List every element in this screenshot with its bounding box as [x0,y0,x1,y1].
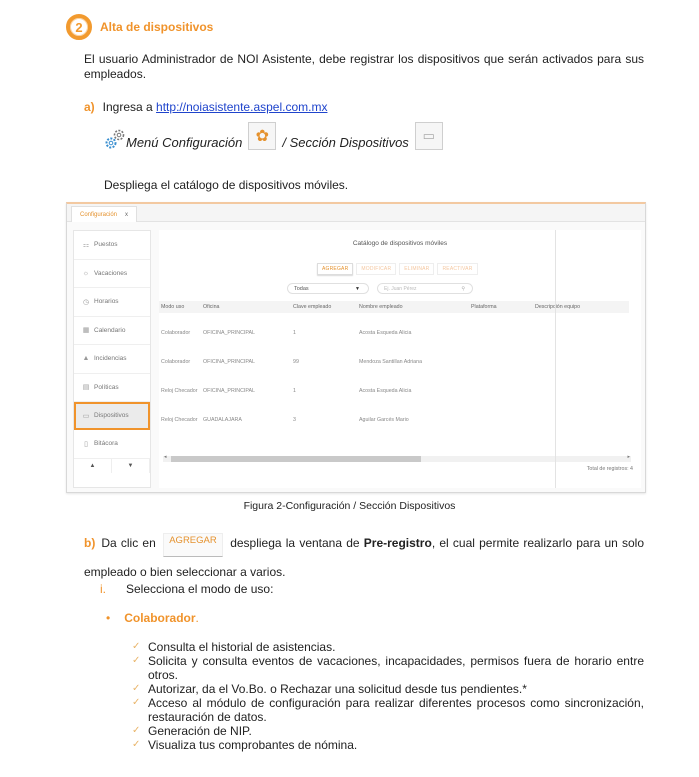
tab-bar: Configuración x [67,204,645,222]
reactivate-button[interactable]: REACTIVAR [437,263,477,275]
step-a-label: a) [84,100,95,114]
sidebar-item-incidencias[interactable]: ▲Incidencias [74,345,150,374]
cell-modo-uso: Colaborador [161,356,190,368]
step-i-label: i. [100,582,106,596]
cell-clave: 1 [293,385,296,397]
feature-text: Visualiza tus comprobantes de nómina. [148,738,357,752]
close-icon[interactable]: x [125,212,128,218]
org-chart-icon: ⚏ [82,241,90,249]
sidebar-item-label: Dispositivos [94,412,129,419]
horizontal-scrollbar[interactable]: ◂ ▸ [163,456,631,462]
scroll-down-icon[interactable]: ▼ [112,459,150,473]
mode-colaborador: •Colaborador. [106,611,199,626]
cell-modo-uso: Reloj Checador [161,414,198,426]
menu-config-label: Menú Configuración [126,135,242,150]
table-row[interactable]: Colaborador OFICINA_PRINCIPAL 99 Mendoza… [159,356,629,366]
cell-modo-uso: Colaborador [161,327,190,339]
cell-clave: 99 [293,356,299,368]
cell-oficina: OFICINA_PRINCIPAL [203,327,255,339]
cell-clave: 3 [293,414,296,426]
document-icon: ▤ [82,383,90,391]
mode-title: Colaborador [124,611,195,625]
mode-dot: . [196,611,199,625]
sidebar-item-dispositivos[interactable]: ▭Dispositivos [74,402,150,430]
agregar-button-image: AGREGAR [163,533,223,557]
check-icon: ✓ [132,696,140,710]
employee-search-input[interactable]: Ej. Juan Pérez ⚲ [377,283,473,294]
sidebar-item-label: Horarios [94,298,119,305]
sidebar-item-label: Calendario [94,327,125,334]
warning-icon: ▲ [82,355,90,362]
check-icon: ✓ [132,738,140,752]
step-b-text-after: despliega la ventana de [226,536,364,550]
catalog-title: Catálogo de dispositivos móviles [159,240,641,247]
devices-icon: ▭ [82,412,90,420]
scrollbar-thumb[interactable] [171,456,421,462]
sidebar-item-label: Políticas [94,384,119,391]
step-b-text: Da clic en [101,536,155,550]
sun-icon: ☼ [82,270,90,277]
search-placeholder: Ej. Juan Pérez [384,286,417,292]
table-row[interactable]: Colaborador OFICINA_PRINCIPAL 1 Acosta E… [159,327,629,337]
scroll-right-icon[interactable]: ▸ [627,454,630,460]
config-sidebar: ⚏Puestos ☼Vacaciones ◷Horarios ▦Calendar… [73,230,151,488]
tab-label: Configuración [80,212,117,218]
check-icon: ✓ [132,654,140,668]
delete-button[interactable]: ELIMINAR [399,263,434,275]
config-button-gear-icon[interactable]: ✿ [248,122,276,150]
office-filter-select[interactable]: Todas ▼ [287,283,369,294]
list-item: ✓Acceso al módulo de configuración para … [132,696,644,724]
table-row[interactable]: Reloj Checador GUADALAJARA 3 Aguilar Gar… [159,414,629,424]
clock-icon: ◷ [82,298,90,306]
cell-modo-uso: Reloj Checador [161,385,198,397]
feature-text: Generación de NIP. [148,724,252,738]
list-item: ✓Solicita y consulta eventos de vacacion… [132,654,644,682]
add-button[interactable]: AGREGAR [317,263,353,275]
feature-text: Acceso al módulo de configuración para r… [148,696,644,724]
cell-nombre: Mendoza Santillan Adriana [359,356,422,368]
col-clave-empleado[interactable]: Clave empleado [293,301,331,313]
catalog-panel: Catálogo de dispositivos móviles AGREGAR… [159,230,641,488]
sidebar-item-politicas[interactable]: ▤Políticas [74,374,150,403]
list-item: ✓Visualiza tus comprobantes de nómina. [132,738,644,752]
feature-text: Autorizar, da el Vo.Bo. o Rechazar una s… [148,682,527,696]
scroll-left-icon[interactable]: ◂ [164,454,167,460]
catalog-toolbar: AGREGAR MODIFICAR ELIMINAR REACTIVAR [317,263,478,275]
cell-oficina: OFICINA_PRINCIPAL [203,385,255,397]
intro-paragraph: El usuario Administrador de NOI Asistent… [84,52,644,82]
step-a-description: Despliega el catálogo de dispositivos mó… [104,178,348,193]
section-heading: 2 Alta de dispositivos [66,14,213,40]
sidebar-item-bitacora[interactable]: ▯Bitácora [74,430,150,459]
sidebar-item-label: Bitácora [94,440,118,447]
devices-button-icon[interactable]: ▭ [415,122,443,150]
col-descripcion-equipo[interactable]: Descripción equipo [535,301,580,313]
cell-oficina: GUADALAJARA [203,414,242,426]
cell-oficina: OFICINA_PRINCIPAL [203,356,255,368]
step-b-label: b) [84,536,95,550]
calendar-icon: ▦ [82,326,90,334]
check-icon: ✓ [132,640,140,654]
step-i-text: Selecciona el modo de uso: [126,582,273,596]
figure-caption: Figura 2-Configuración / Sección Disposi… [0,500,699,512]
section-devices-label: / Sección Dispositivos [282,135,408,150]
col-nombre-empleado[interactable]: Nombre empleado [359,301,403,313]
divider [555,230,556,488]
table-row[interactable]: Reloj Checador OFICINA_PRINCIPAL 1 Acost… [159,385,629,395]
col-modo-uso[interactable]: Modo uso [161,301,184,313]
sidebar-item-label: Puestos [94,241,118,248]
cell-nombre: Aguilar Garcés Mario [359,414,409,426]
col-oficina[interactable]: Oficina [203,301,220,313]
pre-registro-label: Pre-registro [364,536,432,550]
bullet-icon: • [106,611,110,625]
sidebar-item-vacaciones[interactable]: ☼Vacaciones [74,260,150,289]
log-icon: ▯ [82,440,90,448]
cell-clave: 1 [293,327,296,339]
menu-path: Menú Configuración ✿ / Sección Dispositi… [104,122,449,150]
noi-link[interactable]: http://noiasistente.aspel.com.mx [156,100,327,114]
cell-nombre: Acosta Esqueda Alicia [359,327,411,339]
list-item: ✓Autorizar, da el Vo.Bo. o Rechazar una … [132,682,644,696]
col-plataforma[interactable]: Plataforma [471,301,497,313]
feature-text: Solicita y consulta eventos de vacacione… [148,654,644,682]
feature-text: Consulta el historial de asistencias. [148,640,335,654]
modify-button[interactable]: MODIFICAR [356,263,396,275]
step-number-badge: 2 [66,14,92,40]
caret-down-icon: ▼ [355,286,360,292]
filter-value: Todas [294,286,309,292]
list-item: ✓Generación de NIP. [132,724,644,738]
total-records: Total de registros: 4 [587,466,633,472]
gear-icon [104,128,124,150]
check-icon: ✓ [132,724,140,738]
sidebar-scroll-controls: ▲ ▼ [74,459,150,473]
sidebar-item-puestos[interactable]: ⚏Puestos [74,231,150,260]
sidebar-item-label: Incidencias [94,355,127,362]
table-header: Modo uso Oficina Clave empleado Nombre e… [159,301,629,313]
step-a-text: Ingresa a [103,100,156,114]
step-i: i.Selecciona el modo de uso: [100,582,273,597]
list-item: ✓Consulta el historial de asistencias. [132,640,644,654]
app-screenshot: Configuración x ⚏Puestos ☼Vacaciones ◷Ho… [66,202,646,493]
sidebar-item-horarios[interactable]: ◷Horarios [74,288,150,317]
cell-nombre: Acosta Esqueda Alicia [359,385,411,397]
search-icon: ⚲ [461,286,465,292]
step-a: a)Ingresa a http://noiasistente.aspel.co… [84,100,327,115]
step-b: b)Da clic en AGREGAR despliega la ventan… [84,536,644,579]
check-icon: ✓ [132,682,140,696]
scroll-up-icon[interactable]: ▲ [74,459,112,473]
features-list: ✓Consulta el historial de asistencias. ✓… [132,640,644,752]
sidebar-item-calendario[interactable]: ▦Calendario [74,317,150,346]
tab-configuracion[interactable]: Configuración x [71,206,137,222]
sidebar-item-label: Vacaciones [94,270,127,277]
section-title: Alta de dispositivos [100,20,213,34]
